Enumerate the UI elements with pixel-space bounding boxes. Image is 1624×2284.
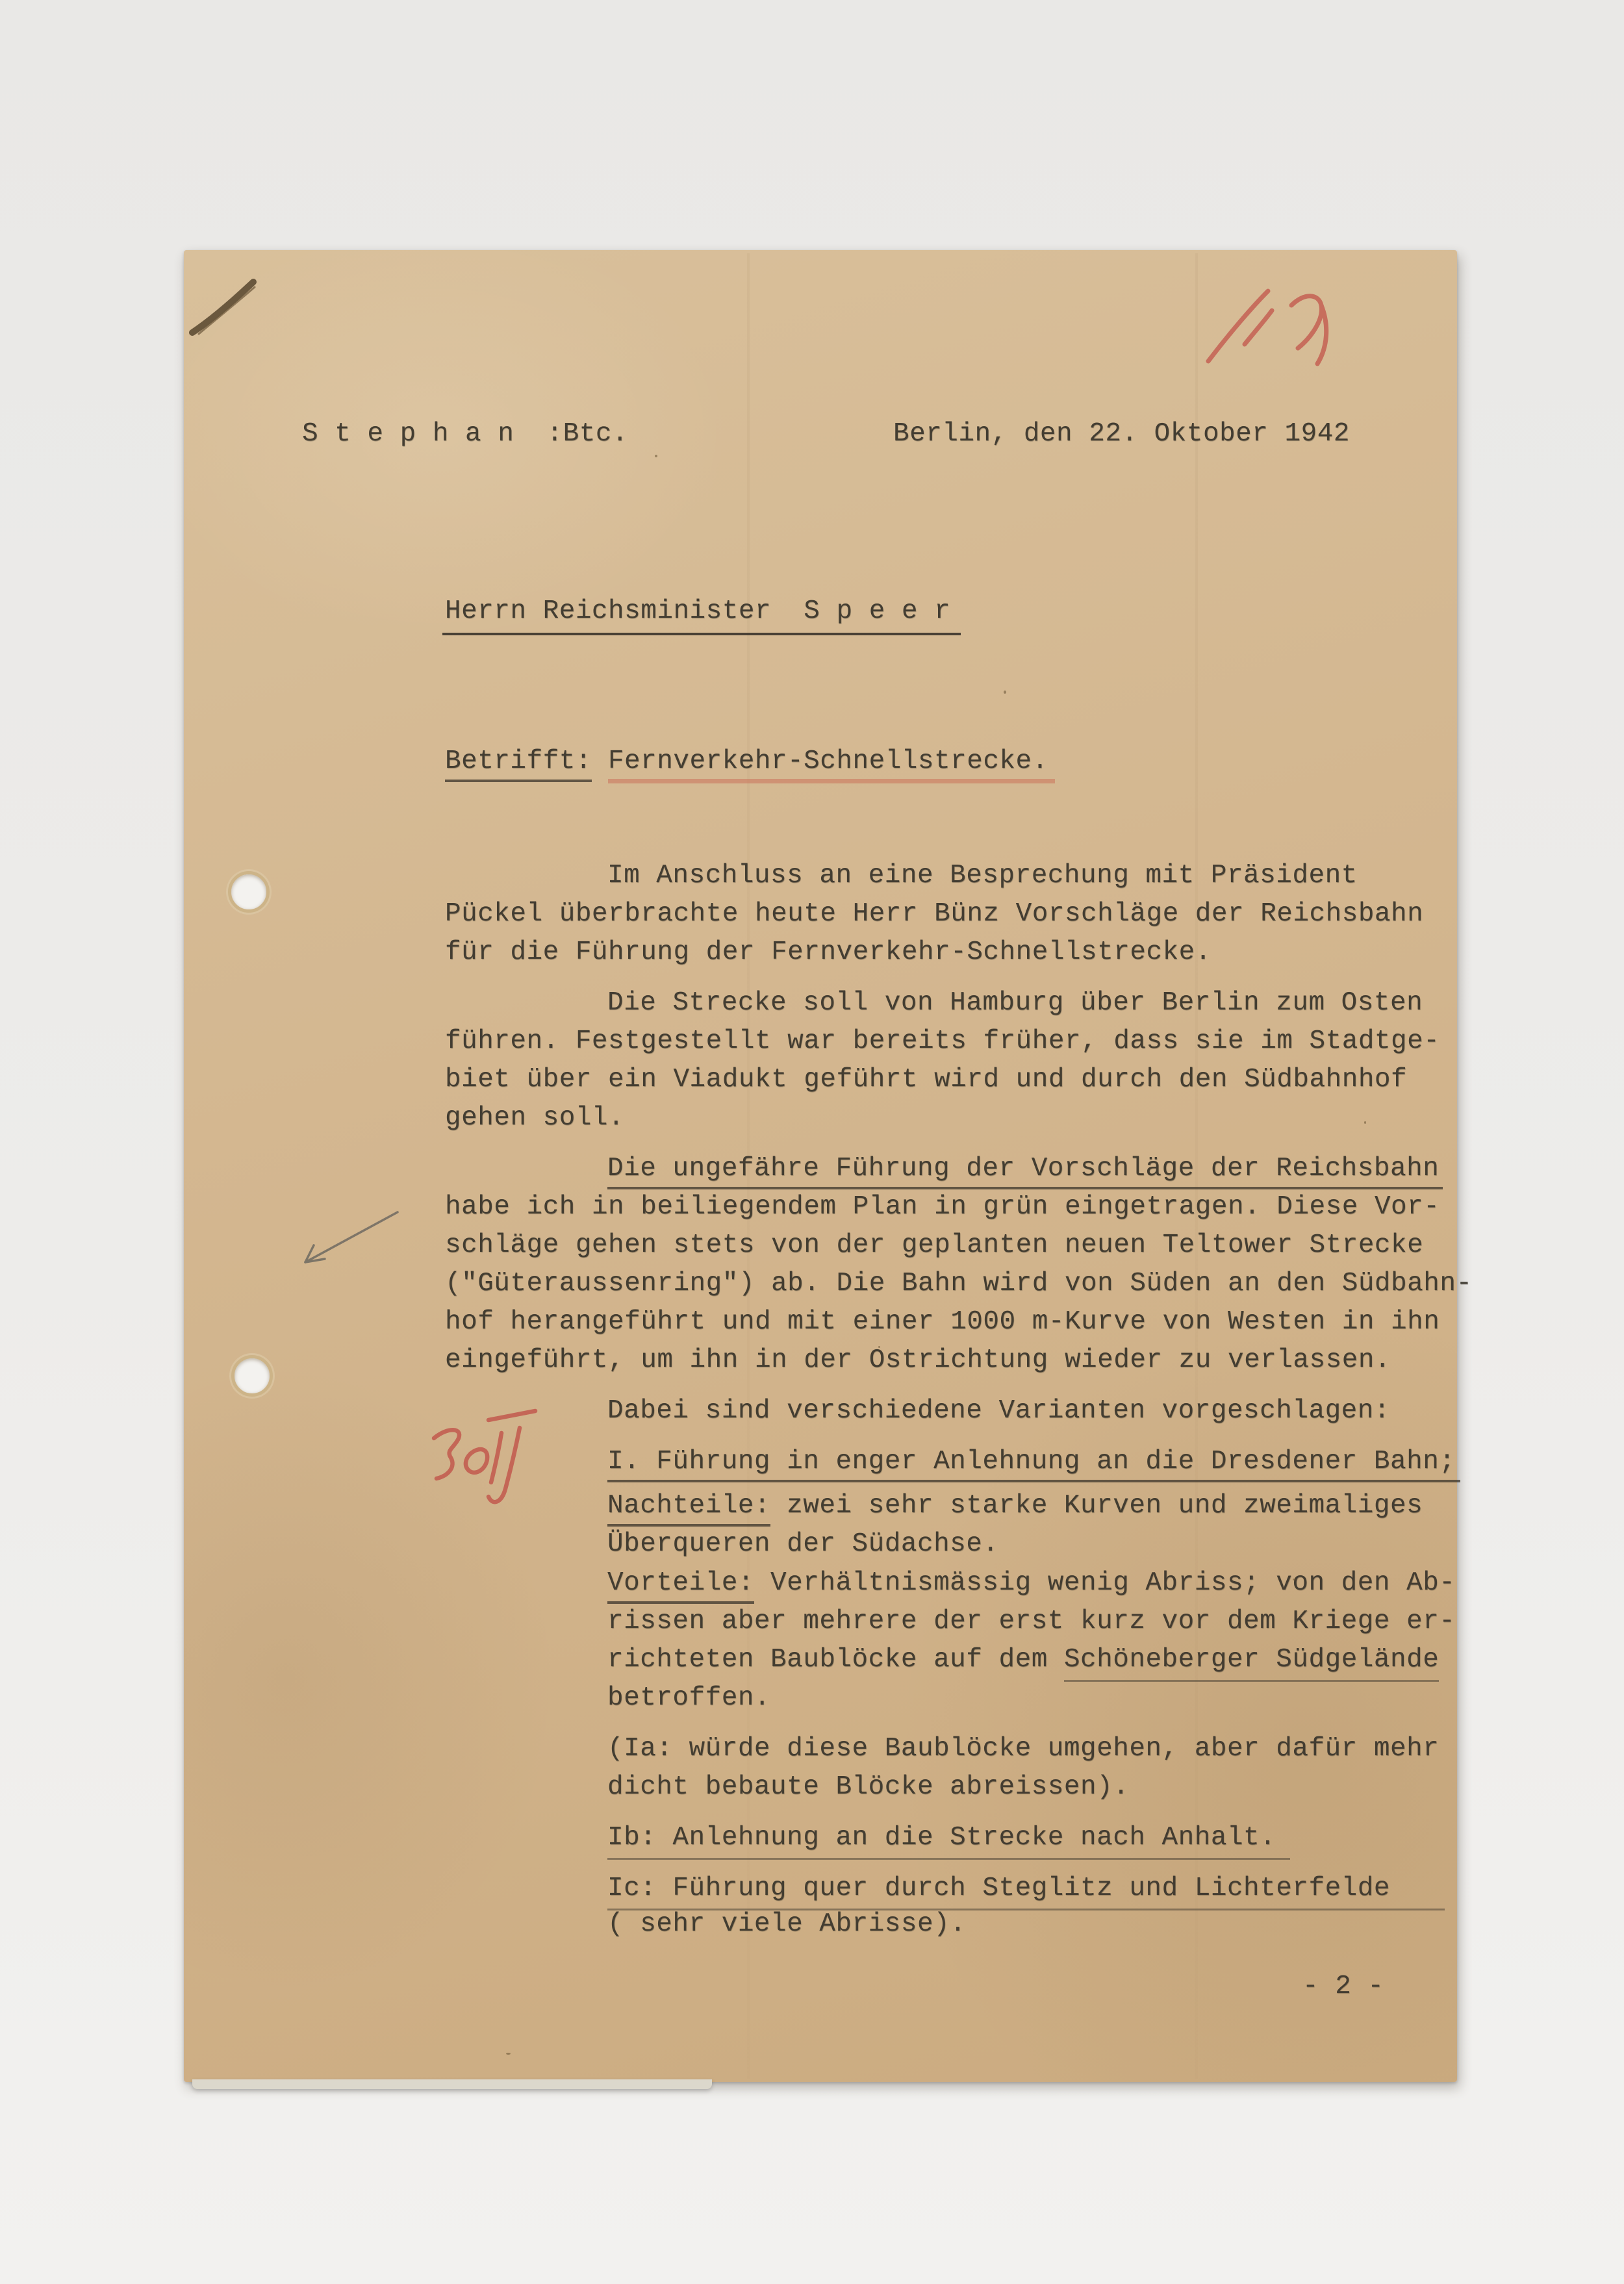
typed-line: eingeführt, um ihn in der Ostrichtung wi… (445, 1343, 1391, 1377)
typed-line: Dabei sind verschiedene Varianten vorges… (607, 1394, 1390, 1428)
subject-text: Fernverkehr-Schnellstrecke. (608, 746, 1055, 783)
dateline: Berlin, den 22. Oktober 1942 (893, 417, 1350, 451)
typed-line: biet über ein Viadukt geführt wird und d… (445, 1063, 1407, 1097)
paper-speck (1364, 1121, 1366, 1124)
typed-line: richteten Baublöcke auf dem Schöneberger… (607, 1643, 1439, 1677)
page-number: - 2 - (1302, 1970, 1384, 2003)
typed-line: Vorteile: Verhältnismässig wenig Abriss;… (607, 1566, 1455, 1600)
typed-line: für die Führung der Fernverkehr-Schnells… (445, 935, 1212, 969)
sender-name: S t e p h a n :Btc. (302, 419, 628, 449)
typed-line: habe ich in beiliegendem Plan in grün ei… (445, 1190, 1440, 1224)
punch-hole-bottom (231, 1355, 273, 1397)
paper-speck (878, 1346, 880, 1348)
punch-hole-top (228, 871, 270, 913)
typed-line: Überqueren der Südachse. (607, 1527, 999, 1561)
typed-line: betroffen. (607, 1681, 770, 1715)
variant-1-heading: I. Führung in enger Anlehnung an die Dre… (607, 1445, 1460, 1478)
recipient-name: Herrn Reichsminister S p e e r (442, 596, 961, 635)
typed-line: hof herangeführt und mit einer 1000 m-Ku… (445, 1305, 1440, 1339)
scanned-document-page: S t e p h a n :Btc. Berlin, den 22. Okto… (0, 0, 1624, 2284)
underlying-sheet-edge (192, 2079, 712, 2089)
typed-line: Die Strecke soll von Hamburg über Berlin… (607, 986, 1423, 1020)
paper-speck (1004, 691, 1006, 694)
variant-1b-heading: Ib: Anlehnung an die Strecke nach Anhalt… (607, 1821, 1290, 1855)
paper-speck (506, 2053, 511, 2055)
typed-line: dicht bebaute Blöcke abreissen). (607, 1770, 1129, 1804)
paper-speck (655, 455, 657, 457)
typed-line: Nachteile: zwei sehr starke Kurven und z… (607, 1489, 1423, 1523)
typed-line: schläge gehen stets von der geplanten ne… (445, 1228, 1423, 1262)
typed-line: rissen aber mehrere der erst kurz vor de… (607, 1605, 1455, 1638)
paper-speck (1293, 1579, 1296, 1580)
sender-line: S t e p h a n :Btc. (302, 417, 628, 451)
subject-label: Betrifft: (445, 746, 592, 782)
typed-line: Pückel überbrachte heute Herr Bünz Vorsc… (445, 897, 1423, 931)
typed-line: ("Güteraussenring") ab. Die Bahn wird vo… (445, 1267, 1473, 1301)
variant-1c-heading: Ic: Führung quer durch Steglitz und Lich… (607, 1872, 1445, 1905)
typed-line: ( sehr viele Abrisse). (607, 1907, 966, 1941)
typed-line: Im Anschluss an eine Besprechung mit Prä… (607, 859, 1358, 893)
subject-line: Betrifft:Fernverkehr-Schnellstrecke. (445, 744, 1055, 778)
typed-line-underlined: Die ungefähre Führung der Vorschläge der… (607, 1152, 1443, 1186)
recipient-line: Herrn Reichsminister S p e e r (445, 594, 961, 628)
typed-line: gehen soll. (445, 1101, 624, 1135)
typed-line: (Ia: würde diese Baublöcke umgehen, aber… (607, 1732, 1439, 1766)
date-text: Berlin, den 22. Oktober 1942 (893, 419, 1350, 449)
typed-line: führen. Festgestellt war bereits früher,… (445, 1024, 1440, 1058)
